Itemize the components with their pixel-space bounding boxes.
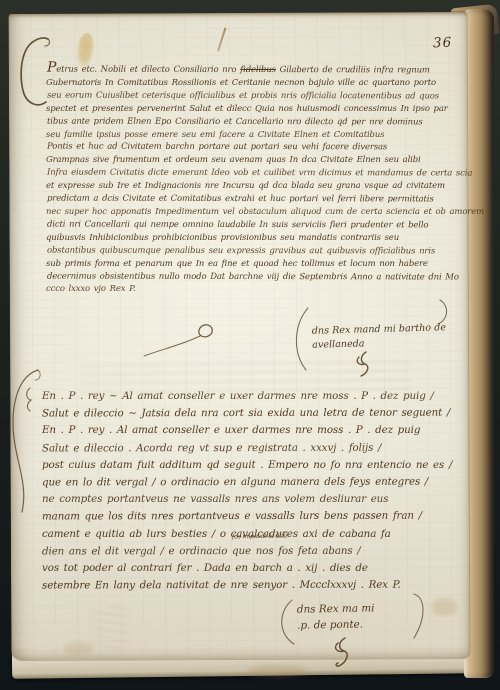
manuscript-line: obstantibus quibuscumque penalibus seu e… [47, 244, 463, 258]
latin-letter-block: Petrus etc. Nobili et dilecto Consiliari… [46, 62, 462, 296]
manuscript-line: En . P . rey ~ Al amat conseller e uxer … [42, 388, 464, 405]
line-text: Petrus etc. Nobili et dilecto Consiliari… [47, 65, 236, 75]
manuscript-line: ccco lxxxo vjo Rex P. [46, 283, 462, 296]
interlinear-addition: fos imposat la dita [232, 533, 287, 541]
margin-bracket-icon [8, 366, 44, 514]
manuscript-line: seu familie ipsius posse emere seu emi f… [46, 129, 462, 142]
paraph-flourish-icon [330, 636, 354, 670]
manuscript-photograph: 36 Petrus etc. Nobili et dilecto Consili… [0, 0, 500, 690]
manuscript-line: et expresse sub Ire et Indignacionis nre… [46, 180, 462, 193]
manuscript-line: Gubernatoris In Comitatibus Rossilionis … [46, 77, 462, 90]
manuscript-line: Salut e dileccio ~ Jatsia dela nra cort … [42, 405, 464, 423]
struck-word: fidelibus [240, 65, 276, 75]
manuscript-line: En . P . rey . Al amat conseller e uxer … [42, 422, 464, 439]
manuscript-line: tibus ante pridem Elnen Epo Consiliario … [47, 115, 463, 129]
manuscript-line: seu eorum Cuiuslibet ceterisque official… [47, 89, 463, 103]
manuscript-line: que en lo dit vergal / o ordinacio en al… [42, 474, 464, 492]
verso-showthrough [89, 605, 129, 649]
manuscript-line: dien ans el dit vergal / e ordinacio que… [42, 542, 464, 560]
catalan-subscription: dns Rex ma mi .p. de ponte. [297, 600, 375, 633]
folio-number: 36 [433, 35, 453, 52]
manuscript-line: sub primis forma et penarum que In ea fi… [46, 258, 462, 271]
manuscript-line: Petrus etc. Nobili et dilecto Consiliari… [47, 62, 463, 78]
manuscript-line: vos tot poder al contrari fer . Dada en … [42, 560, 464, 577]
line-text: Gilaberto de crudiliis infra regnum [280, 65, 430, 75]
subscription-line: dns Rex ma mi [297, 600, 375, 617]
ink-smudge [217, 27, 227, 51]
subscription-line: .p. de ponte. [297, 616, 375, 633]
pen-flourish-icon [140, 322, 222, 364]
paraph-flourish-icon [352, 350, 374, 378]
manuscript-line: manam que los dits nres portantveus e va… [42, 508, 464, 526]
manuscript-line: nec super hoc apponatis Impedimentum vel… [46, 206, 462, 219]
manuscript-line: Grampnas sive frumentum et ordeum seu av… [46, 154, 462, 167]
manuscript-line: dicti nri Cancellarii qui nempe omnino l… [47, 218, 463, 232]
foxing-spot [431, 598, 457, 616]
latin-subscription: dns Rex mand mi bartho de avellaneda [312, 321, 447, 352]
manuscript-line: decernimus obsistentibus nullo modo Dat … [47, 270, 463, 284]
manuscript-line: Salut e dileccio . Acorda reg vt sup e r… [42, 439, 464, 457]
manuscript-line: quibusvis Inhibicionibus prohibicionibus… [46, 232, 462, 245]
catalan-letter-block: En . P . rey ~ Al amat conseller e uxer … [42, 388, 464, 594]
manuscript-line: ne comptes portantveus ne vassalls nres … [42, 491, 464, 508]
manuscript-line: post cuius datam fuit additum qd seguit … [42, 457, 464, 474]
manuscript-line: Infra eiusdem Civitatis dicte emerant Id… [47, 167, 463, 181]
manuscript-line: spectet et presentes pervenerint Salut e… [46, 103, 462, 116]
manuscript-line: Pontis et huc ad Civitatem barchn portar… [47, 141, 463, 155]
manuscript-line: predictam a dcis Civitate et Comitatibus… [47, 193, 463, 207]
